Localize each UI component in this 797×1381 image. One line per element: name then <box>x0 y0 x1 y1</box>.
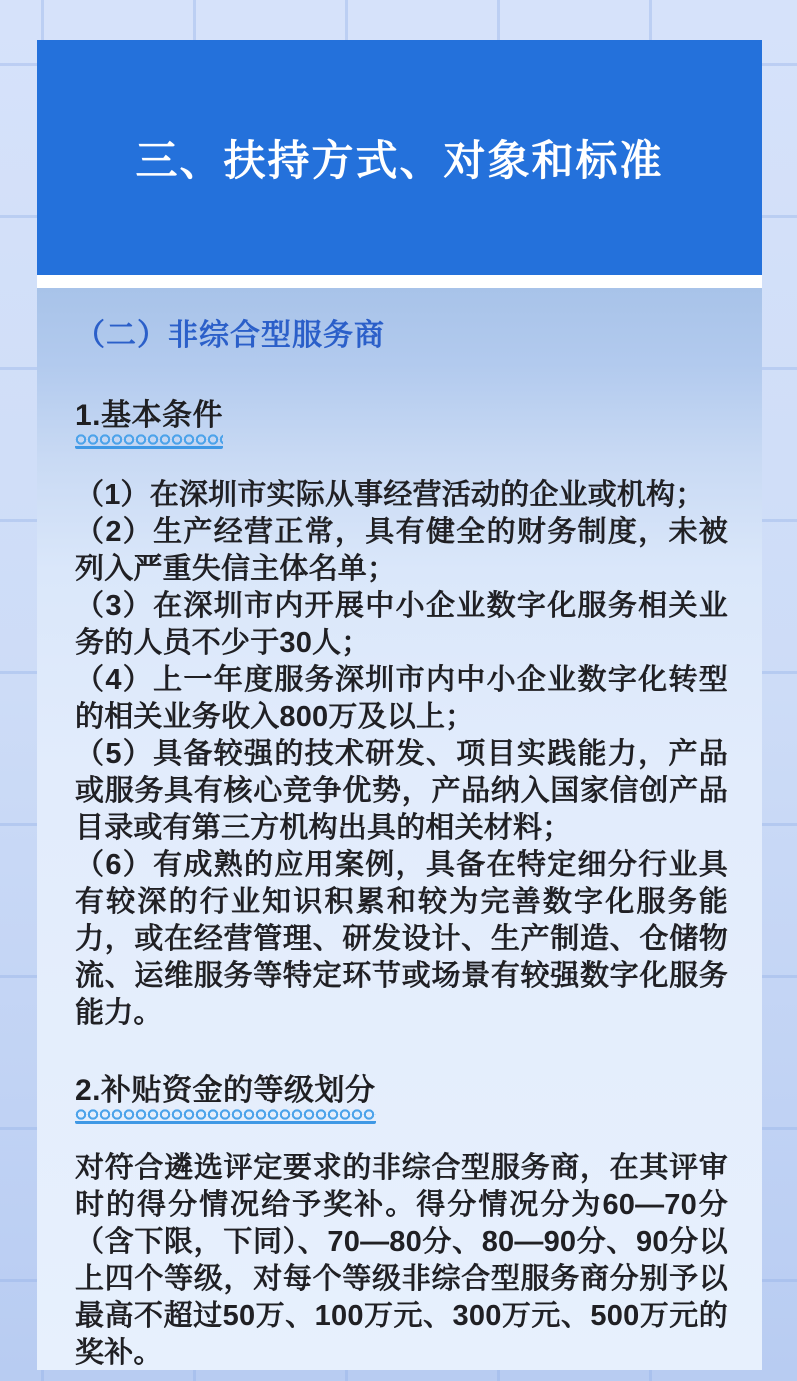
grade-paragraph: 对符合遴选评定要求的非综合型服务商，在其评审时的得分情况给予奖补。得分情况分为6… <box>75 1150 728 1372</box>
section-1-heading-row: 1.基本条件 <box>75 399 728 449</box>
banner-title: 三、扶持方式、对象和标准 <box>135 128 663 188</box>
loop-underline-decoration <box>75 433 223 449</box>
section-2-heading-row: 2.补贴资金的等级划分 <box>75 1074 728 1124</box>
title-banner: 三、扶持方式、对象和标准 <box>37 40 762 275</box>
criteria-item: （3）在深圳市内开展中小企业数字化服务相关业务的人员不少于30人； <box>75 588 728 662</box>
criteria-item: （4）上一年度服务深圳市内中小企业数字化转型的相关业务收入800万及以上； <box>75 662 728 736</box>
divider-strip <box>37 275 762 288</box>
criteria-item: （1）在深圳市实际从事经营活动的企业或机构； <box>75 477 728 514</box>
loop-underline-decoration <box>75 1108 376 1124</box>
section-2-heading: 2.补贴资金的等级划分 <box>75 1074 376 1107</box>
grade-division-block: 对符合遴选评定要求的非综合型服务商，在其评审时的得分情况给予奖补。得分情况分为6… <box>75 1150 728 1372</box>
section-label: （二）非综合型服务商 <box>75 308 728 354</box>
criteria-item: （6）有成熟的应用案例，具备在特定细分行业具有较深的行业知识积累和较为完善数字化… <box>75 847 728 1032</box>
section-1-heading-box: 1.基本条件 <box>75 399 223 449</box>
section-1-heading: 1.基本条件 <box>75 399 223 432</box>
content-card: （二）非综合型服务商 1.基本条件 （1）在深圳市实际从事经营活动的企业或机构；… <box>37 288 762 1370</box>
criteria-item: （2）生产经营正常，具有健全的财务制度，未被列入严重失信主体名单； <box>75 514 728 588</box>
section-2-heading-box: 2.补贴资金的等级划分 <box>75 1074 376 1124</box>
page-background: { "banner": { "title": "三、扶持方式、对象和标准" },… <box>0 0 797 1381</box>
criteria-item: （5）具备较强的技术研发、项目实践能力，产品或服务具有核心竞争优势，产品纳入国家… <box>75 736 728 847</box>
basic-conditions-list: （1）在深圳市实际从事经营活动的企业或机构； （2）生产经营正常，具有健全的财务… <box>75 477 728 1032</box>
